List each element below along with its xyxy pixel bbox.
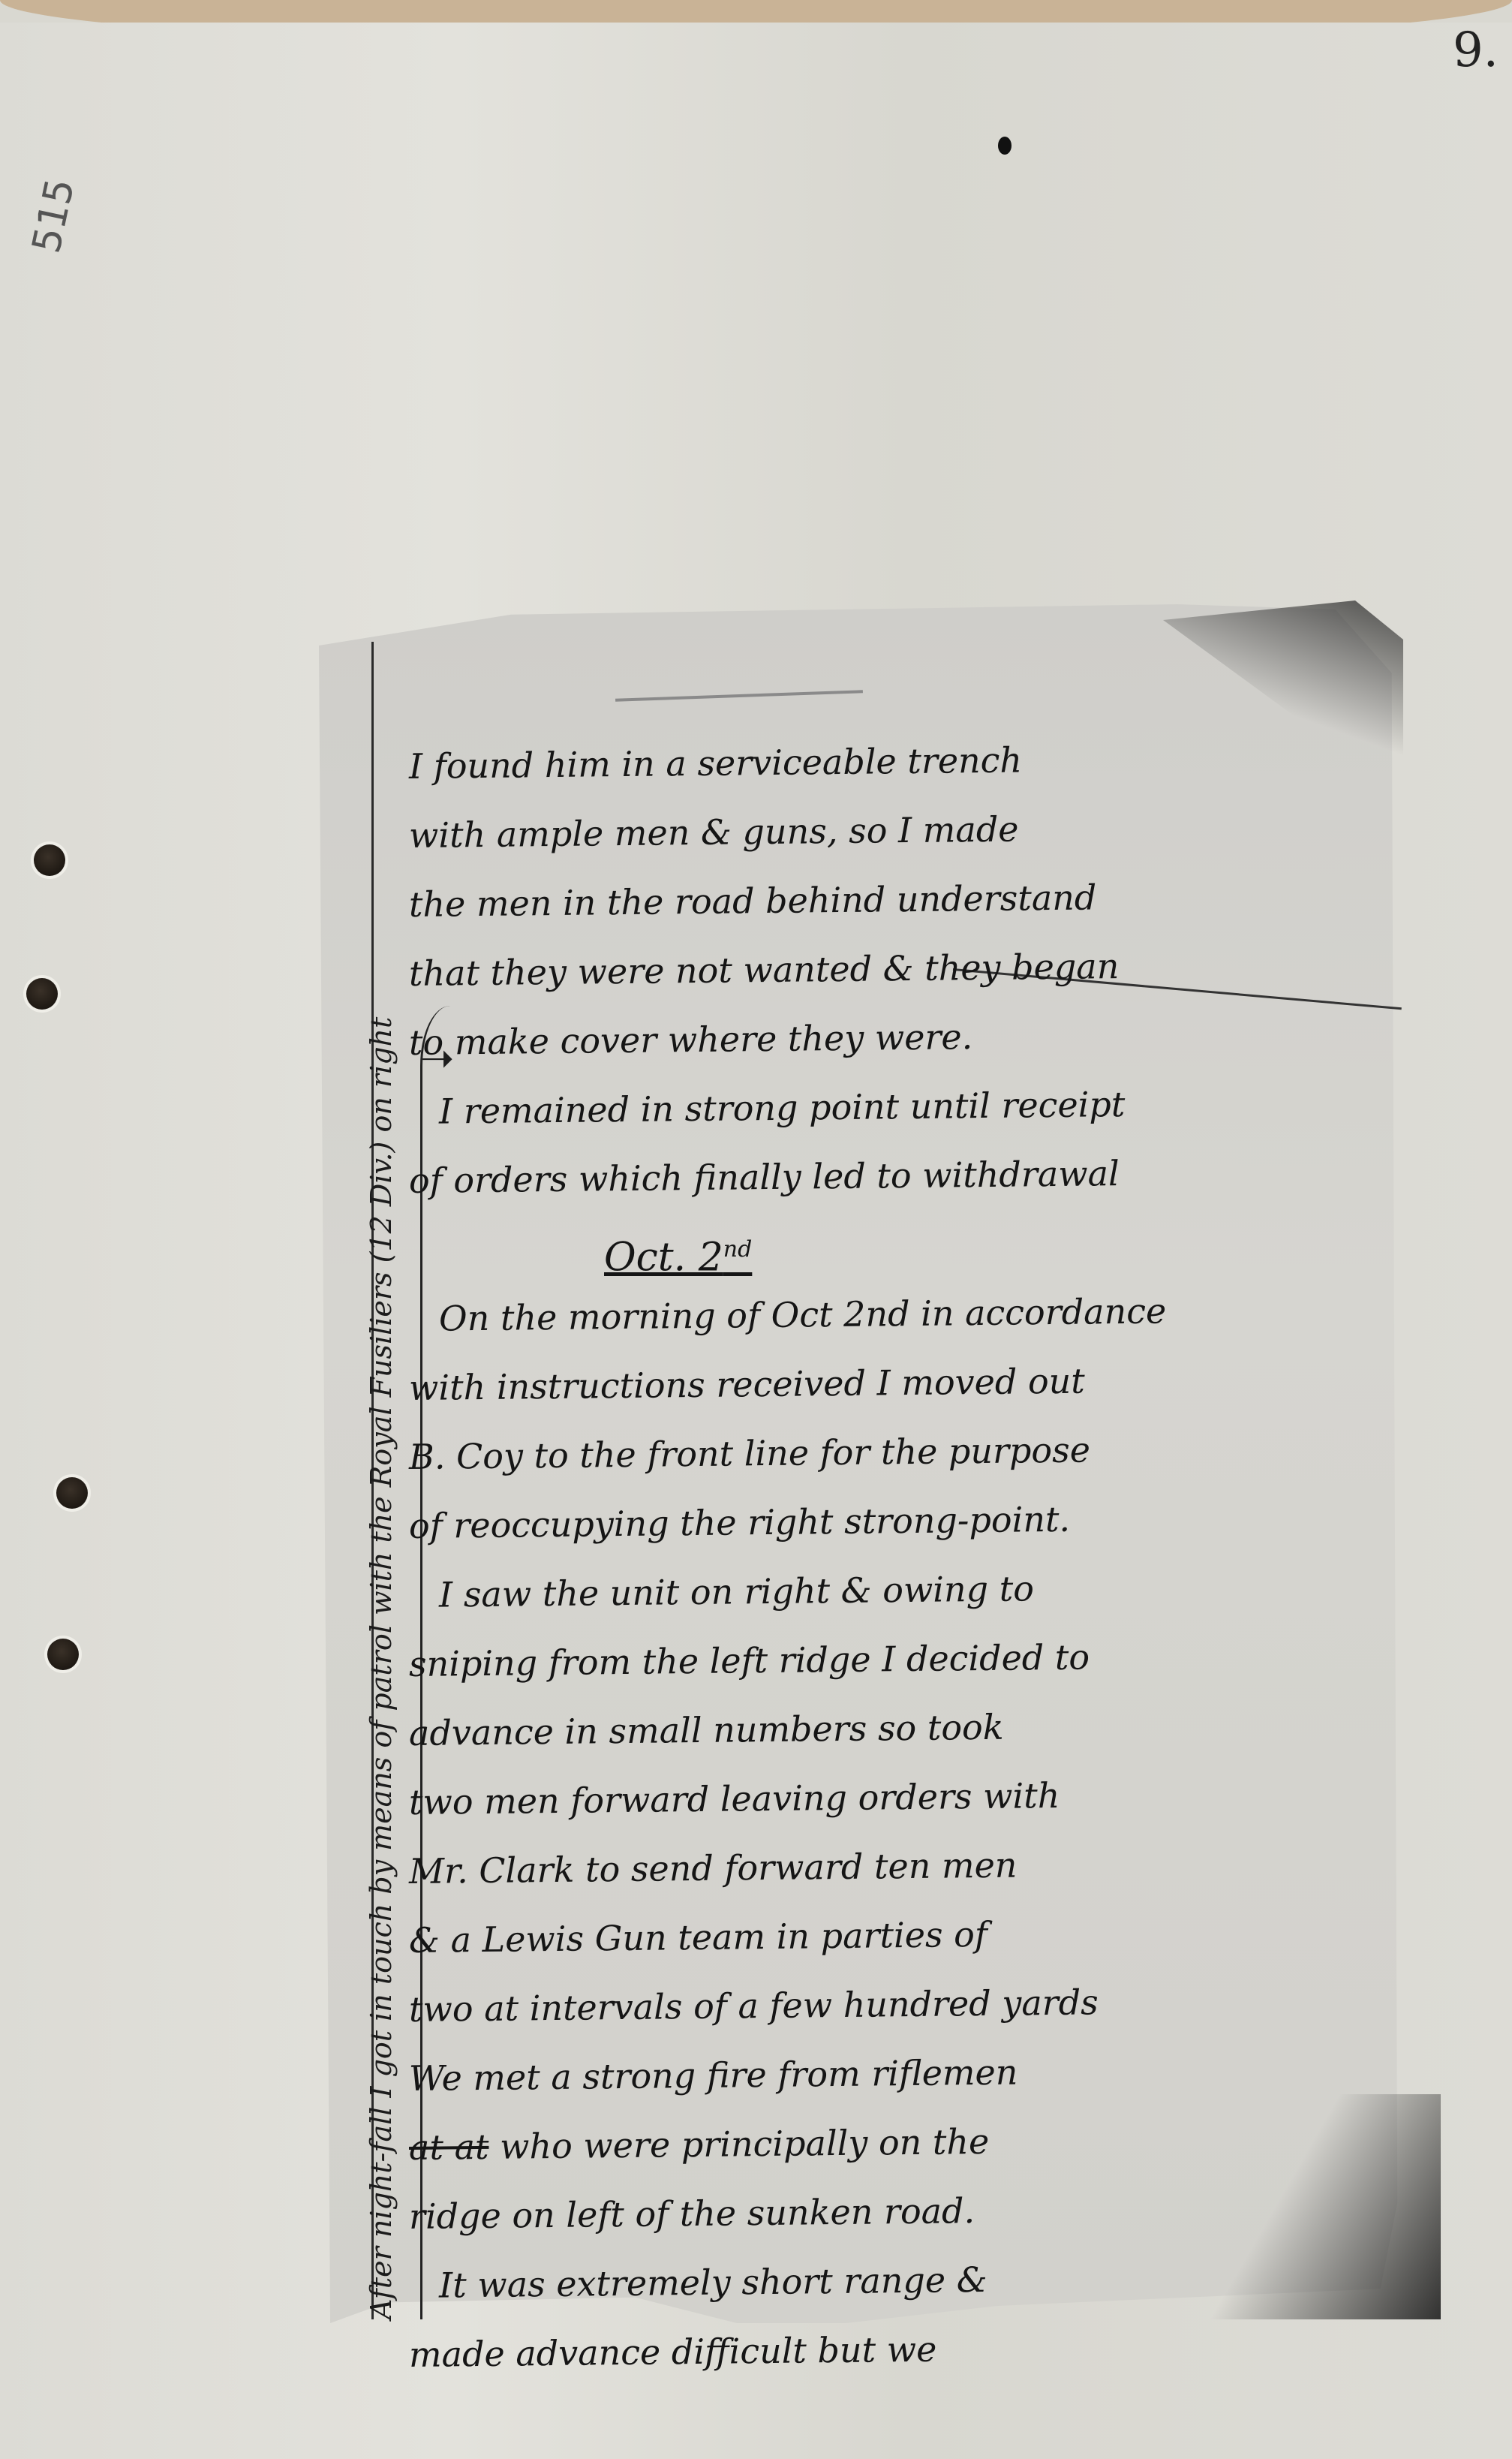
diary-line: two at intervals of a few hundred yards xyxy=(409,1964,1415,2044)
struck-text: at at xyxy=(409,2126,489,2168)
diary-line: I found him in a serviceable trench xyxy=(409,721,1415,801)
folio-number: 9. xyxy=(1453,23,1498,78)
punch-hole-icon xyxy=(26,978,58,1010)
diary-line: to make cover where they were. xyxy=(409,998,1415,1077)
diary-line-text: who were principally on the xyxy=(500,2121,990,2167)
diary-line: sniping from the left ridge I decided to xyxy=(409,1619,1415,1699)
diary-line: I saw the unit on right & owing to xyxy=(409,1550,1415,1630)
margin-note-text: After night-fall I got in touch by means… xyxy=(365,1017,398,2319)
margin-note: After night-fall I got in touch by means… xyxy=(360,646,402,2319)
diary-line: two men forward leaving orders with xyxy=(409,1757,1415,1837)
diary-line: & a Lewis Gun team in parties of xyxy=(409,1895,1415,1975)
punch-hole-icon xyxy=(56,1477,88,1509)
diary-line: Mr. Clark to send forward ten men xyxy=(409,1826,1415,1906)
diary-line: ridge on left of the sunken road. xyxy=(409,2172,1415,2251)
diary-line: with ample men & guns, so I made xyxy=(409,790,1415,870)
diary-line: made advance difficult but we xyxy=(409,2310,1415,2389)
diary-line: B. Coy to the front line for the purpose xyxy=(409,1412,1415,1491)
diary-line: I remained in strong point until receipt xyxy=(409,1067,1415,1146)
diary-body: I found him in a serviceable trench with… xyxy=(409,732,1414,2389)
punch-hole-icon xyxy=(47,1639,79,1670)
date-heading-text: Oct. 2 xyxy=(604,1235,723,1280)
date-heading-suffix: nd xyxy=(723,1236,753,1263)
diary-line: We met a strong fire from riflemen xyxy=(409,2033,1415,2113)
diary-line: that they were not wanted & they began xyxy=(409,929,1415,1008)
diary-line: It was extremely short range & xyxy=(409,2241,1415,2320)
diary-line: the men in the road behind understand xyxy=(409,859,1415,939)
punch-hole-icon xyxy=(34,844,65,876)
date-heading: Oct. 2nd xyxy=(409,1215,1414,1284)
diary-line: with instructions received I moved out xyxy=(409,1343,1415,1422)
diary-line: at at who were principally on the xyxy=(409,2102,1415,2182)
diary-line: On the morning of Oct 2nd in accordance xyxy=(409,1274,1415,1353)
ink-blot xyxy=(998,137,1012,155)
diary-line: of reoccupying the right strong-point. xyxy=(409,1481,1415,1561)
diary-line: of orders which finally led to withdrawa… xyxy=(409,1136,1415,1215)
diary-line: advance in small numbers so took xyxy=(409,1688,1415,1768)
